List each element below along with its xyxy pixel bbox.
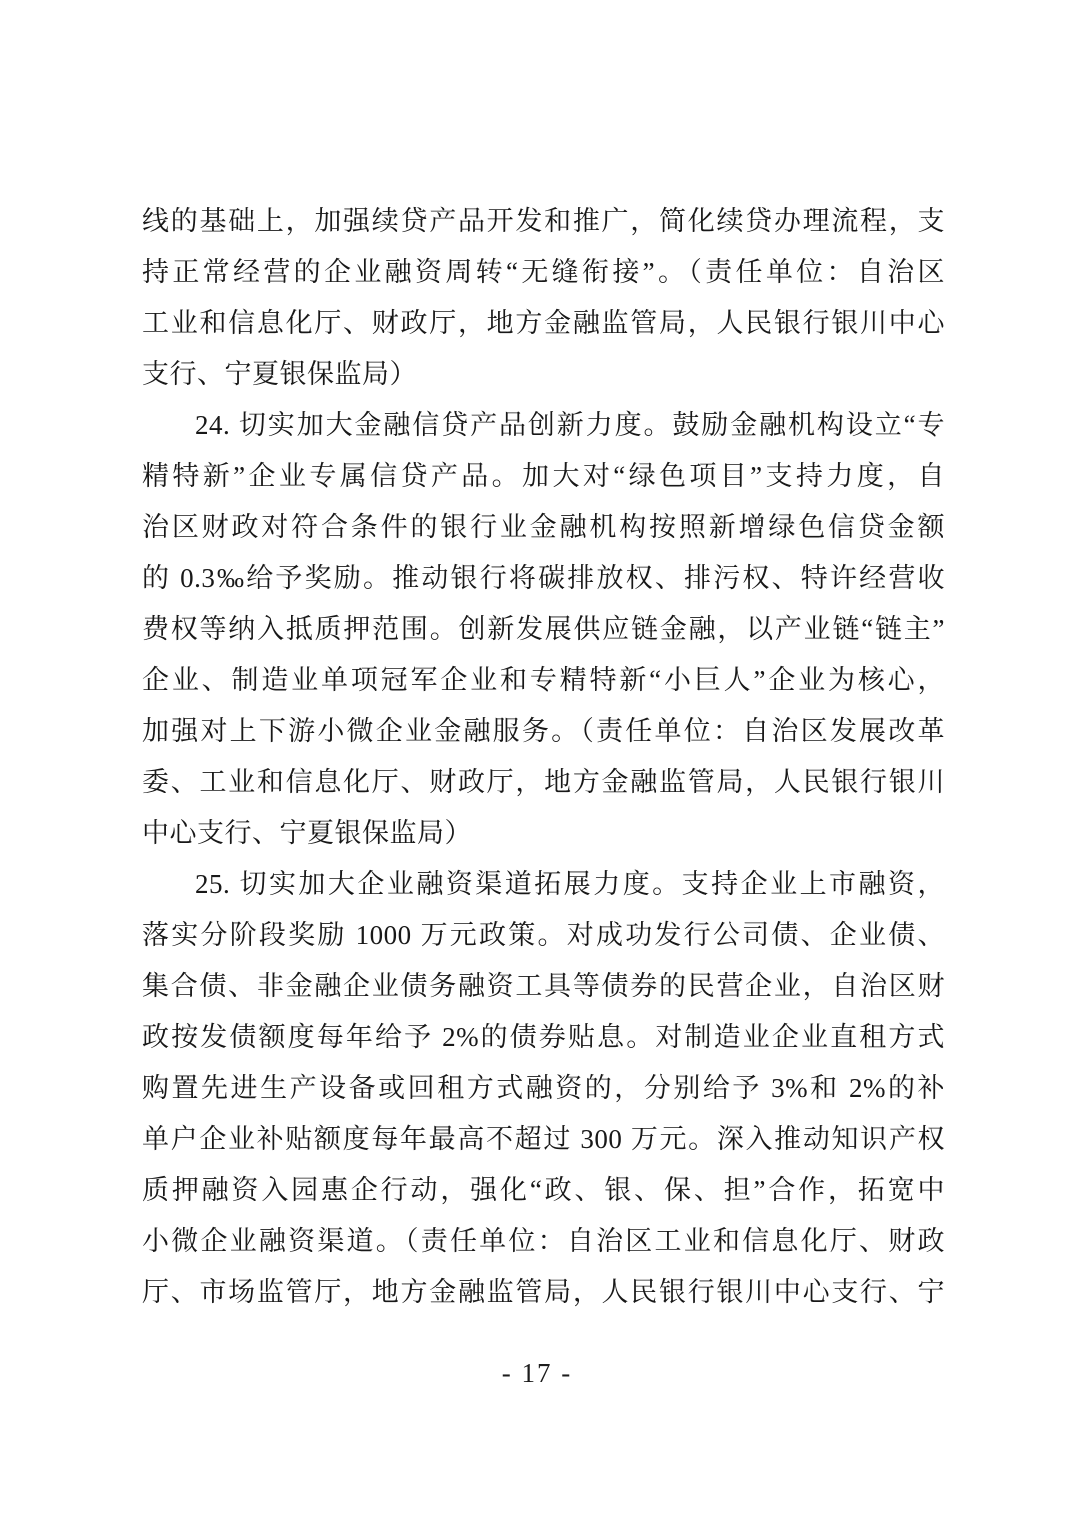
text-line: 线的基础上，加强续贷产品开发和推广，简化续贷办理流程，支 (142, 196, 945, 247)
text-line: 政按发债额度每年给予 2%的债券贴息。对制造业企业直租方式 (142, 1012, 945, 1063)
body-text: 线的基础上，加强续贷产品开发和推广，简化续贷办理流程，支 持正常经营的企业融资周… (142, 196, 945, 1318)
text-line: 治区财政对符合条件的银行业金融机构按照新增绿色信贷金额 (142, 502, 945, 553)
text-line: 24. 切实加大金融信贷产品创新力度。鼓励金融机构设立“专 (142, 400, 945, 451)
text-line: 委、工业和信息化厅、财政厅，地方金融监管局，人民银行银川 (142, 757, 945, 808)
paragraph-continuation: 线的基础上，加强续贷产品开发和推广，简化续贷办理流程，支 持正常经营的企业融资周… (142, 196, 945, 400)
text-line: 厅、市场监管厅，地方金融监管局，人民银行银川中心支行、宁 (142, 1267, 945, 1318)
document-page: 线的基础上，加强续贷产品开发和推广，简化续贷办理流程，支 持正常经营的企业融资周… (0, 0, 1074, 1520)
text-line: 支行、宁夏银保监局） (142, 349, 945, 400)
text-line: 工业和信息化厅、财政厅，地方金融监管局，人民银行银川中心 (142, 298, 945, 349)
page-number: - 17 - (0, 1358, 1074, 1389)
text-line: 持正常经营的企业融资周转“无缝衔接”。（责任单位：自治区 (142, 247, 945, 298)
paragraph-item-25: 25. 切实加大企业融资渠道拓展力度。支持企业上市融资， 落实分阶段奖励 100… (142, 859, 945, 1318)
paragraph-item-24: 24. 切实加大金融信贷产品创新力度。鼓励金融机构设立“专 精特新”企业专属信贷… (142, 400, 945, 859)
text-line: 购置先进生产设备或回租方式融资的，分别给予 3%和 2%的补贴， (142, 1063, 945, 1114)
text-line: 25. 切实加大企业融资渠道拓展力度。支持企业上市融资， (142, 859, 945, 910)
text-line: 单户企业补贴额度每年最高不超过 300 万元。深入推动知识产权 (142, 1114, 945, 1165)
text-line: 中心支行、宁夏银保监局） (142, 808, 945, 859)
text-line: 集合债、非金融企业债务融资工具等债券的民营企业，自治区财 (142, 961, 945, 1012)
text-line: 质押融资入园惠企行动，强化“政、银、保、担”合作，拓宽中 (142, 1165, 945, 1216)
text-line: 企业、制造业单项冠军企业和专精特新“小巨人”企业为核心， (142, 655, 945, 706)
text-line: 的 0.3‰给予奖励。推动银行将碳排放权、排污权、特许经营收 (142, 553, 945, 604)
text-line: 加强对上下游小微企业金融服务。（责任单位：自治区发展改革 (142, 706, 945, 757)
text-line: 精特新”企业专属信贷产品。加大对“绿色项目”支持力度，自 (142, 451, 945, 502)
text-line: 落实分阶段奖励 1000 万元政策。对成功发行公司债、企业债、 (142, 910, 945, 961)
text-line: 小微企业融资渠道。（责任单位：自治区工业和信息化厅、财政 (142, 1216, 945, 1267)
text-line: 费权等纳入抵质押范围。创新发展供应链金融，以产业链“链主” (142, 604, 945, 655)
